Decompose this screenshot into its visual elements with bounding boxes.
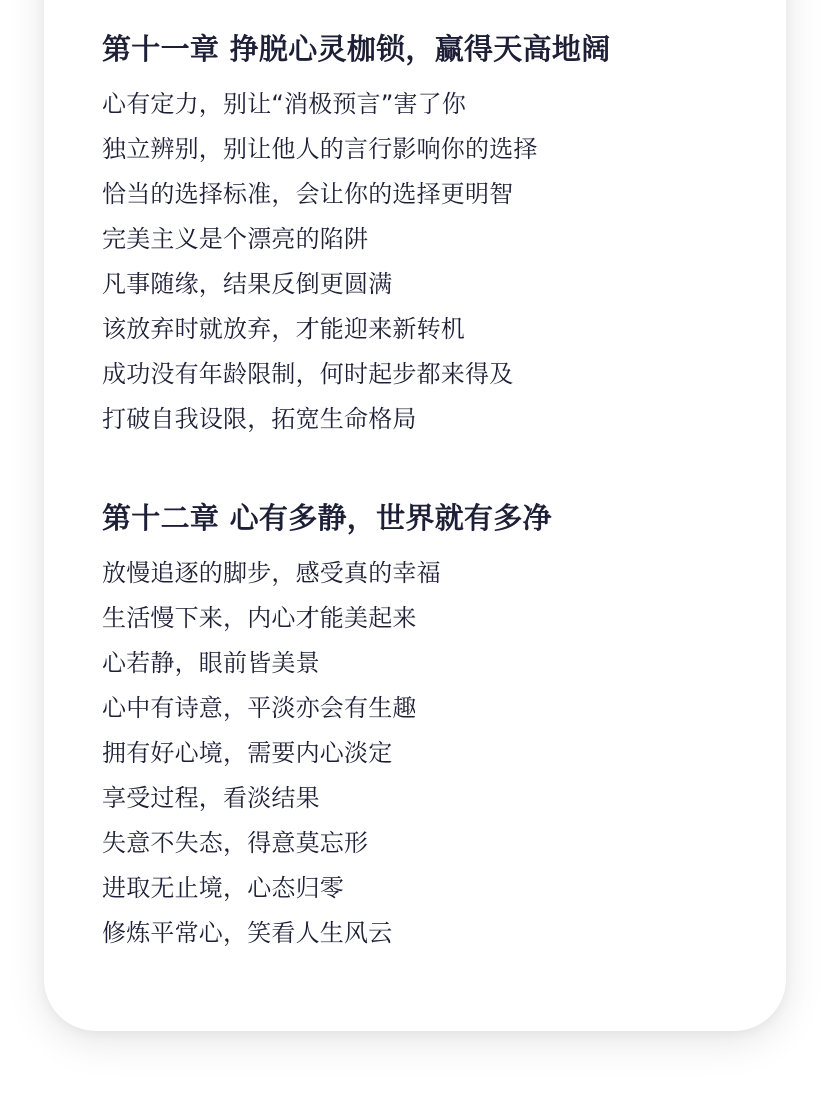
section-item: 打破自我设限，拓宽生命格局 [102, 397, 611, 442]
section-item: 心中有诗意，平淡亦会有生趣 [102, 686, 552, 731]
chapter-title: 第十一章 挣脱心灵枷锁，赢得天高地阔 [102, 29, 611, 69]
section-item: 心有定力，别让“消极预言”害了你 [102, 82, 611, 127]
section-item: 享受过程，看淡结果 [102, 776, 552, 821]
section-item: 进取无止境，心态归零 [102, 866, 552, 911]
chapter-section-list: 放慢追逐的脚步，感受真的幸福 生活慢下来，内心才能美起来 心若静，眼前皆美景 心… [102, 551, 552, 956]
chapter-section-list: 心有定力，别让“消极预言”害了你 独立辨别，别让他人的言行影响你的选择 恰当的选… [102, 82, 611, 442]
section-item: 完美主义是个漂亮的陷阱 [102, 217, 611, 262]
section-item: 心若静，眼前皆美景 [102, 641, 552, 686]
chapter-11-section: 第十一章 挣脱心灵枷锁，赢得天高地阔 心有定力，别让“消极预言”害了你 独立辨别… [102, 29, 611, 442]
chapter-12-section: 第十二章 心有多静，世界就有多净 放慢追逐的脚步，感受真的幸福 生活慢下来，内心… [102, 498, 552, 956]
section-item: 独立辨别，别让他人的言行影响你的选择 [102, 127, 611, 172]
section-item: 生活慢下来，内心才能美起来 [102, 596, 552, 641]
section-item: 修炼平常心，笑看人生风云 [102, 911, 552, 956]
section-item: 恰当的选择标准，会让你的选择更明智 [102, 172, 611, 217]
section-item: 放慢追逐的脚步，感受真的幸福 [102, 551, 552, 596]
chapter-title: 第十二章 心有多静，世界就有多净 [102, 498, 552, 538]
section-item: 拥有好心境，需要内心淡定 [102, 731, 552, 776]
section-item: 失意不失态，得意莫忘形 [102, 821, 552, 866]
section-item: 该放弃时就放弃，才能迎来新转机 [102, 307, 611, 352]
section-item: 成功没有年龄限制，何时起步都来得及 [102, 352, 611, 397]
section-item: 凡事随缘，结果反倒更圆满 [102, 262, 611, 307]
